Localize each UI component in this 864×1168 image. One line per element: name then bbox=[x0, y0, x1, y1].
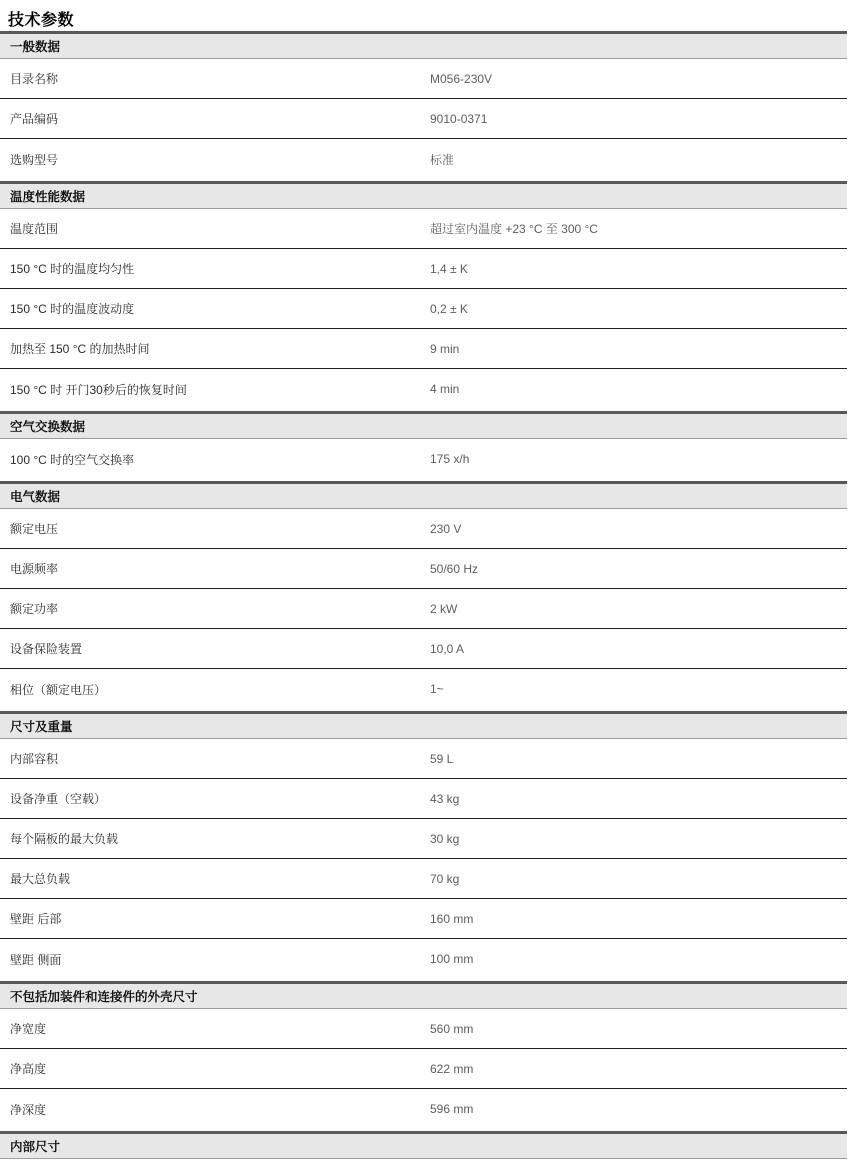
row-label: 净宽度 bbox=[0, 1020, 430, 1037]
table-row: 净深度596 mm bbox=[0, 1089, 847, 1129]
row-label: 150 °C 时 开门30秒后的恢复时间 bbox=[0, 381, 430, 398]
row-label: 相位（额定电压） bbox=[0, 681, 430, 698]
row-value: 9010-0371 bbox=[430, 112, 847, 126]
row-value: 0,2 ± K bbox=[430, 302, 847, 316]
row-value: 622 mm bbox=[430, 1062, 847, 1076]
table-row: 150 °C 时的温度波动度0,2 ± K bbox=[0, 289, 847, 329]
row-label: 净高度 bbox=[0, 1060, 430, 1077]
section-header: 电气数据 bbox=[0, 481, 847, 509]
row-value: 100 mm bbox=[430, 952, 847, 966]
section-header: 内部尺寸 bbox=[0, 1131, 847, 1159]
row-label: 150 °C 时的温度均匀性 bbox=[0, 260, 430, 277]
section-header: 温度性能数据 bbox=[0, 181, 847, 209]
row-label: 150 °C 时的温度波动度 bbox=[0, 300, 430, 317]
row-label: 电源频率 bbox=[0, 560, 430, 577]
table-row: 壁距 侧面100 mm bbox=[0, 939, 847, 979]
table-row: 150 °C 时的温度均匀性1,4 ± K bbox=[0, 249, 847, 289]
table-row: 设备保险装置10,0 A bbox=[0, 629, 847, 669]
row-value: 70 kg bbox=[430, 872, 847, 886]
table-row: 净宽度560 mm bbox=[0, 1009, 847, 1049]
section-header: 一般数据 bbox=[0, 31, 847, 59]
table-row: 每个隔板的最大负载30 kg bbox=[0, 819, 847, 859]
row-value: 30 kg bbox=[430, 832, 847, 846]
row-label: 产品编码 bbox=[0, 110, 430, 127]
row-label: 内部容积 bbox=[0, 750, 430, 767]
row-label: 最大总负载 bbox=[0, 870, 430, 887]
row-value: 超过室内温度 +23 °C 至 300 °C bbox=[430, 220, 847, 237]
row-label: 设备净重（空载） bbox=[0, 790, 430, 807]
table-row: 目录名称M056-230V bbox=[0, 59, 847, 99]
table-row: 电源频率50/60 Hz bbox=[0, 549, 847, 589]
row-label: 设备保险装置 bbox=[0, 640, 430, 657]
row-value: 43 kg bbox=[430, 792, 847, 806]
row-value: 9 min bbox=[430, 342, 847, 356]
row-value: 10,0 A bbox=[430, 642, 847, 656]
table-row: 壁距 后部160 mm bbox=[0, 899, 847, 939]
row-label: 壁距 侧面 bbox=[0, 951, 430, 968]
table-row: 相位（额定电压）1~ bbox=[0, 669, 847, 709]
row-value: 1,4 ± K bbox=[430, 262, 847, 276]
row-label: 额定功率 bbox=[0, 600, 430, 617]
row-value: 230 V bbox=[430, 522, 847, 536]
table-row: 内部容积59 L bbox=[0, 739, 847, 779]
row-label: 100 °C 时的空气交换率 bbox=[0, 451, 430, 468]
row-label: 净深度 bbox=[0, 1101, 430, 1118]
row-label: 加热至 150 °C 的加热时间 bbox=[0, 340, 430, 357]
row-value: M056-230V bbox=[430, 72, 847, 86]
row-label: 温度范围 bbox=[0, 220, 430, 237]
table-row: 额定功率2 kW bbox=[0, 589, 847, 629]
row-label: 每个隔板的最大负载 bbox=[0, 830, 430, 847]
table-row: 选购型号标准 bbox=[0, 139, 847, 179]
row-value: 4 min bbox=[430, 382, 847, 396]
row-label: 目录名称 bbox=[0, 70, 430, 87]
row-label: 额定电压 bbox=[0, 520, 430, 537]
section-header: 尺寸及重量 bbox=[0, 711, 847, 739]
row-value: 2 kW bbox=[430, 602, 847, 616]
row-label: 选购型号 bbox=[0, 151, 430, 168]
section-header: 空气交换数据 bbox=[0, 411, 847, 439]
row-value: 50/60 Hz bbox=[430, 562, 847, 576]
table-row: 100 °C 时的空气交换率175 x/h bbox=[0, 439, 847, 479]
row-value: 标准 bbox=[430, 151, 847, 168]
spec-page: 技术参数 一般数据目录名称M056-230V产品编码9010-0371选购型号标… bbox=[0, 0, 864, 1159]
row-value: 596 mm bbox=[430, 1102, 847, 1116]
table-row: 最大总负载70 kg bbox=[0, 859, 847, 899]
row-label: 壁距 后部 bbox=[0, 910, 430, 927]
spec-table: 一般数据目录名称M056-230V产品编码9010-0371选购型号标准温度性能… bbox=[0, 31, 847, 1159]
table-row: 额定电压230 V bbox=[0, 509, 847, 549]
section-header: 不包括加装件和连接件的外壳尺寸 bbox=[0, 981, 847, 1009]
table-row: 加热至 150 °C 的加热时间9 min bbox=[0, 329, 847, 369]
row-value: 560 mm bbox=[430, 1022, 847, 1036]
table-row: 150 °C 时 开门30秒后的恢复时间4 min bbox=[0, 369, 847, 409]
table-row: 净高度622 mm bbox=[0, 1049, 847, 1089]
table-row: 设备净重（空载）43 kg bbox=[0, 779, 847, 819]
table-row: 产品编码9010-0371 bbox=[0, 99, 847, 139]
row-value: 59 L bbox=[430, 752, 847, 766]
row-value: 1~ bbox=[430, 682, 847, 696]
row-value: 160 mm bbox=[430, 912, 847, 926]
table-row: 温度范围超过室内温度 +23 °C 至 300 °C bbox=[0, 209, 847, 249]
row-value: 175 x/h bbox=[430, 452, 847, 466]
page-title: 技术参数 bbox=[0, 0, 864, 29]
